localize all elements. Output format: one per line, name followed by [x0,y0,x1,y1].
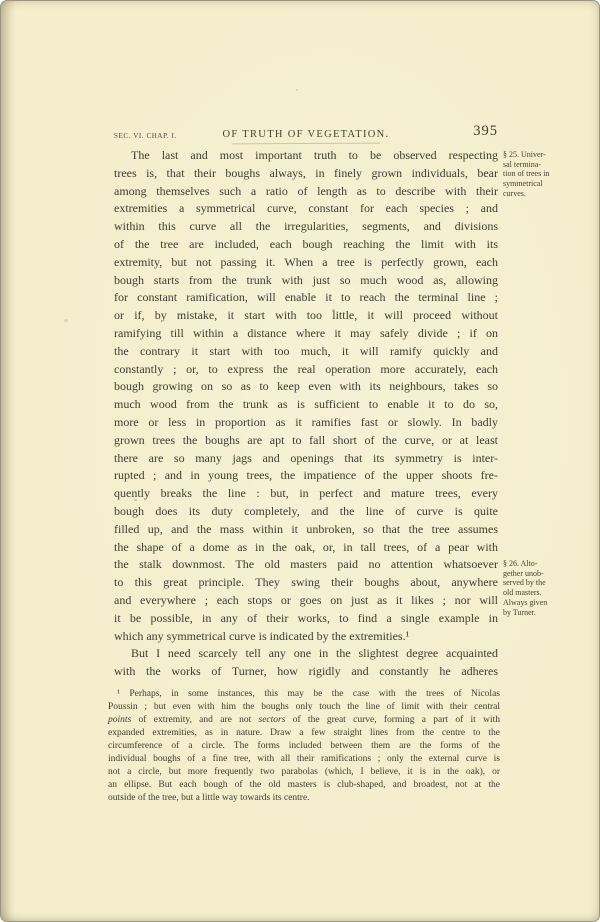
text-line: the shape of a dome as in the oak, or, i… [114,539,498,557]
text-line: for constant ramification, will enable i… [114,289,498,307]
text-line: and everywhere ; each stops or goes on j… [114,592,498,610]
scan-speck [296,89,298,91]
text-line: sal termina- [503,160,579,170]
text-line: circumference of a circle. The forms inc… [108,740,500,753]
text-line: Always given [503,598,579,608]
text-line: outside of the tree, but a little way to… [108,792,500,805]
text-line: extremity, but not passing it. When a tr… [114,254,498,272]
text-line: more or less in proportion as it ramifie… [114,414,498,432]
scan-speck [332,309,335,312]
text-line: trees is, that their boughs always, in f… [114,165,498,183]
text-line: constantly ; or, to express the real ope… [114,361,498,379]
text-line: the stalk downmost. The old masters paid… [114,556,498,574]
text-line: quently breaks the line : but, in perfec… [114,485,498,503]
book-page: SEC. VI. CHAP. I. OF TRUTH OF VEGETATION… [0,0,600,922]
text-line: by Turner. [503,608,579,618]
margin-note-section-25: § 25. Univer-sal termina-tion of trees i… [503,150,579,199]
text-line: § 25. Univer- [503,150,579,160]
text-line: The last and most important truth to be … [114,147,498,165]
text-line: of the tree are included, each bough rea… [114,236,498,254]
text-line: expanded extremities, as in nature. Draw… [108,727,500,740]
text-line: curves. [503,189,579,199]
running-title: OF TRUTH OF VEGETATION. [114,129,498,140]
text-line: it be possible, in any of their works, t… [114,610,498,628]
text-line: filled up, and the mass within it unbrok… [114,521,498,539]
text-line: individual boughs of a fine tree, with a… [108,753,500,766]
text-line: old masters. [503,588,579,598]
footnote: ¹ Perhaps, in some instances, this may b… [108,688,500,805]
text-line: extremities a symmetrical curve, constan… [114,200,498,218]
header-rule [232,143,380,145]
text-line: to this great principle. They swing thei… [114,574,498,592]
text-line: which any symmetrical curve is indicated… [114,628,498,646]
text-line: served by the [503,578,579,588]
text-line: tion of trees in [503,169,579,179]
text-line: points of extremity, and are not sectors… [108,714,500,727]
page-number: 395 [473,123,498,140]
text-line: grown trees the boughs are apt to fall s… [114,432,498,450]
text-line: ramifying till within a distance where i… [114,325,498,343]
text-line: symmetrical [503,179,579,189]
text-line: or if, by mistake, it start with too lit… [114,307,498,325]
text-line: Poussin ; but even with him the boughs o… [108,701,500,714]
body-paragraph-1: The last and most important truth to be … [114,147,498,645]
text-line: § 26. Alto- [503,559,579,569]
text-line: among themselves such a ratio of length … [114,183,498,201]
text-line: gether unob- [503,569,579,579]
text-line: rupted ; and in young trees, the impatie… [114,467,498,485]
text-line: bough does its duty completely, and the … [114,503,498,521]
text-line: not a circle, but more frequently two pa… [108,766,500,779]
text-line: But I need scarcely tell any one in the … [114,645,498,663]
text-line: the contrary it start with too much, it … [114,343,498,361]
body-paragraph-2: But I need scarcely tell any one in the … [114,645,498,681]
text-line: much wood from the trunk as is sufficien… [114,396,498,414]
text-line: bough growing on so as to keep even with… [114,378,498,396]
margin-note-section-26: § 26. Alto-gether unob-served by theold … [503,559,579,617]
text-line: there are so many jags and openings that… [114,450,498,468]
text-line: ¹ Perhaps, in some instances, this may b… [108,688,500,701]
scan-speck [134,499,137,501]
text-line: within this curve all the irregularities… [114,218,498,236]
text-line: an ellipse. But each bough of the old ma… [108,779,500,792]
scan-speck [64,319,68,322]
text-line: bough starts from the trunk with just so… [114,272,498,290]
body-text-column: The last and most important truth to be … [114,147,498,681]
text-line: with the works of Turner, how rigidly an… [114,663,498,681]
page-header: SEC. VI. CHAP. I. OF TRUTH OF VEGETATION… [114,127,498,145]
